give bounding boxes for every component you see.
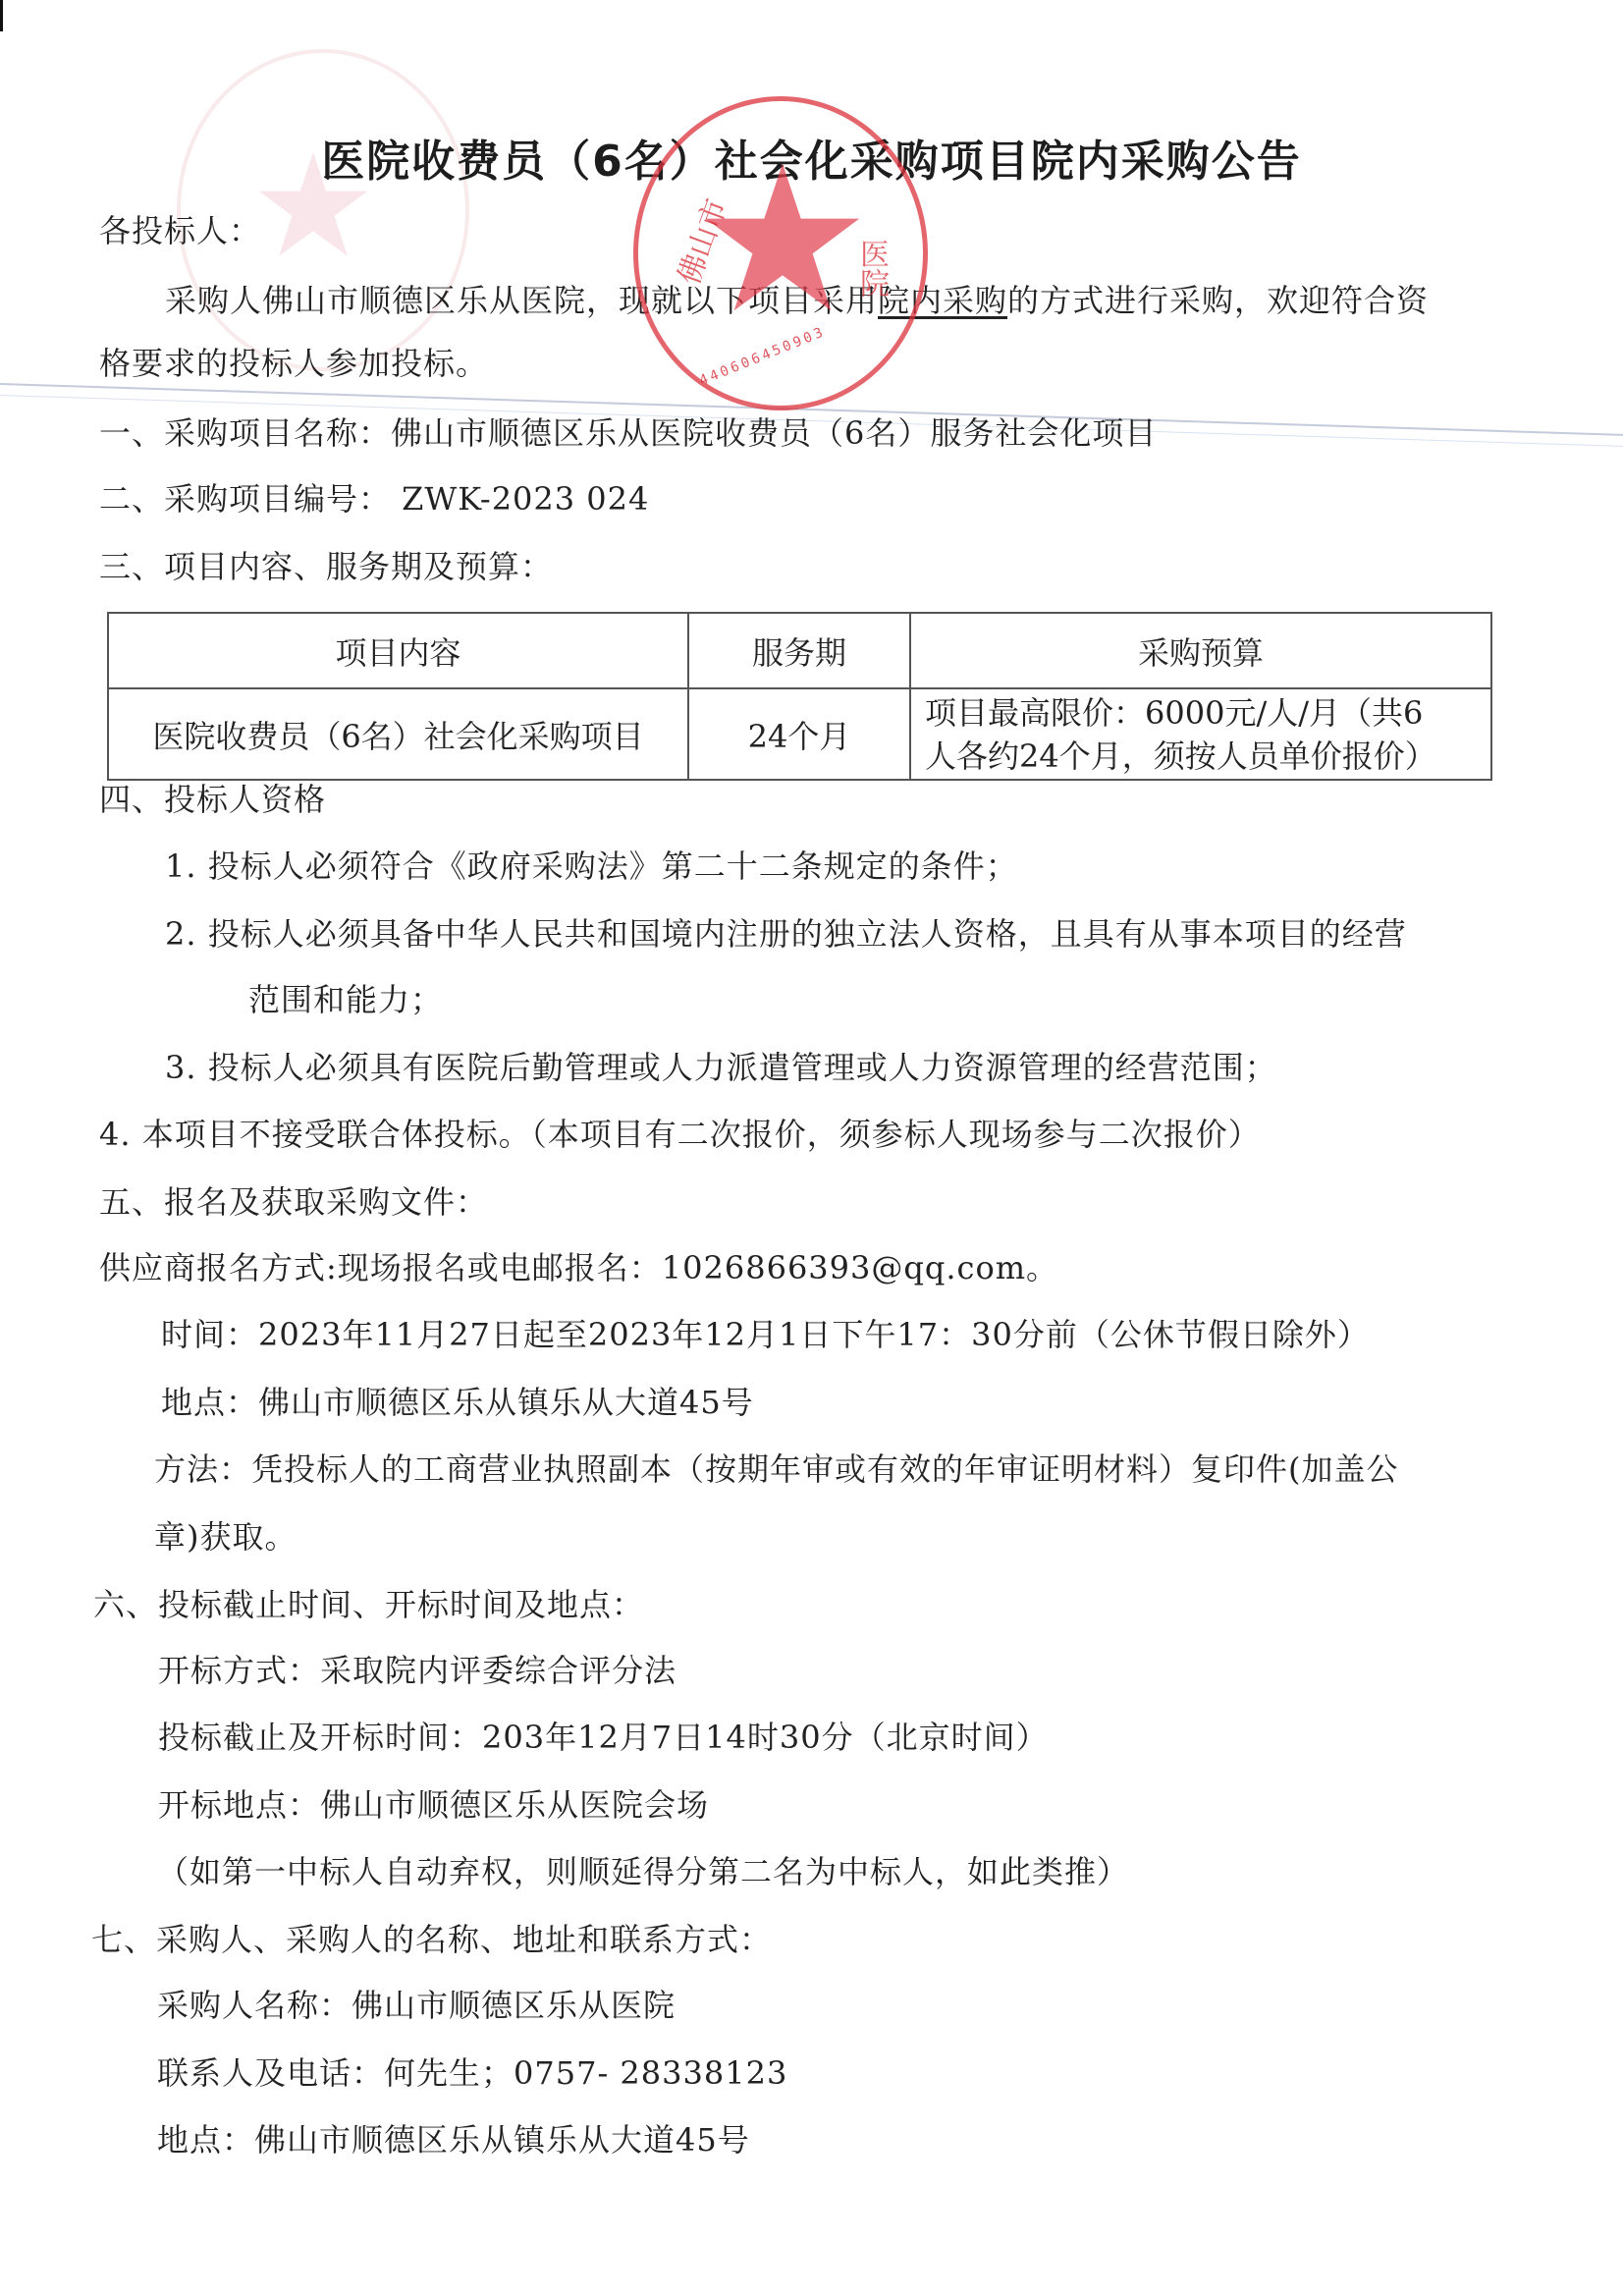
section-1-project-name: 一、采购项目名称：佛山市顺德区乐从医院收费员（6名）服务社会化项目 [99, 413, 1157, 453]
section-5-heading: 五、报名及获取采购文件： [99, 1182, 488, 1222]
salutation: 各投标人： [99, 211, 261, 250]
faded-stamp-mark [177, 49, 469, 371]
table-header-row: 项目内容 服务期 采购预算 [108, 613, 1491, 688]
qualification-2-continued: 范围和能力； [248, 980, 443, 1019]
table-header-period: 服务期 [688, 613, 910, 688]
bid-opening-mode: 开标方式：采取院内评委综合评分法 [158, 1651, 676, 1690]
table-cell-budget: 项目最高限价：6000元/人/月（共6 人各约24个月，须按人员单价报价） [910, 688, 1491, 780]
bid-opening-venue: 开标地点：佛山市顺德区乐从医院会场 [158, 1785, 709, 1825]
qualification-2: 2. 投标人必须具备中华人民共和国境内注册的独立法人资格，且具有从事本项目的经营 [165, 914, 1407, 954]
intro-paragraph-line2: 格要求的投标人参加投标。 [99, 344, 488, 383]
page-title: 医院收费员（6名）社会化采购项目院内采购公告 [0, 126, 1623, 189]
intro-underlined-method: 院内采购 [878, 282, 1007, 319]
table-header-budget: 采购预算 [910, 613, 1491, 688]
qualification-3: 3. 投标人必须具有医院后勤管理或人力派遣管理或人力资源管理的经营范围； [165, 1048, 1277, 1087]
intro-text-part2: 的方式进行采购，欢迎符合资 [1007, 282, 1429, 319]
seal-number: 440606450903 [697, 324, 828, 389]
table-cell-period: 24个月 [688, 688, 910, 780]
bid-deadline: 投标截止及开标时间：203年12月7日14时30分（北京时间） [158, 1718, 1049, 1757]
qualification-1: 1. 投标人必须符合《政府采购法》第二十二条规定的条件； [165, 847, 1018, 886]
section-4-heading: 四、投标人资格 [99, 780, 326, 819]
budget-table: 项目内容 服务期 采购预算 医院收费员（6名）社会化采购项目 24个月 项目最高… [107, 612, 1492, 781]
section-2-project-number: 二、采购项目编号： ZWK-2023 024 [99, 479, 649, 519]
qualification-4: 4. 本项目不接受联合体投标。（本项目有二次报价，须参标人现场参与二次报价） [99, 1115, 1261, 1154]
seal-text-left: 佛山市 [665, 191, 735, 290]
table-header-content: 项目内容 [108, 613, 688, 688]
intro-paragraph: 采购人佛山市顺德区乐从医院，现就以下项目采用院内采购的方式进行采购，欢迎符合资 [165, 281, 1429, 320]
purchaser-name: 采购人名称：佛山市顺德区乐从医院 [157, 1986, 676, 2025]
table-cell-content: 医院收费员（6名）社会化采购项目 [108, 688, 688, 780]
registration-method: 供应商报名方式:现场报名或电邮报名：1026866393@qq.com。 [99, 1248, 1058, 1287]
registration-procedure: 方法：凭投标人的工商营业执照副本（按期年审或有效的年审证明材料）复印件(加盖公 [154, 1449, 1399, 1489]
bid-note: （如第一中标人自动弃权，则顺延得分第二名为中标人，如此类推） [157, 1852, 1129, 1891]
section-3-heading: 三、项目内容、服务期及预算： [99, 547, 553, 586]
budget-line-2: 人各约24个月，须按人员单价报价） [925, 735, 1477, 778]
purchaser-address: 地点：佛山市顺德区乐从镇乐从大道45号 [157, 2120, 750, 2159]
section-6-heading: 六、投标截止时间、开标时间及地点： [93, 1585, 644, 1624]
registration-time: 时间：2023年11月27日起至2023年12月1日下午17：30分前（公休节假… [161, 1315, 1370, 1354]
purchaser-contact: 联系人及电话：何先生；0757- 28338123 [157, 2053, 787, 2093]
registration-procedure-continued: 章)获取。 [154, 1517, 298, 1557]
intro-text-part1: 采购人佛山市顺德区乐从医院，现就以下项目采用 [165, 282, 878, 319]
scan-edge-mark [0, 0, 3, 31]
budget-line-1: 项目最高限价：6000元/人/月（共6 [925, 691, 1477, 735]
registration-location: 地点：佛山市顺德区乐从镇乐从大道45号 [161, 1383, 754, 1422]
table-row: 医院收费员（6名）社会化采购项目 24个月 项目最高限价：6000元/人/月（共… [108, 688, 1491, 780]
section-7-heading: 七、采购人、采购人的名称、地址和联系方式： [91, 1920, 772, 1959]
